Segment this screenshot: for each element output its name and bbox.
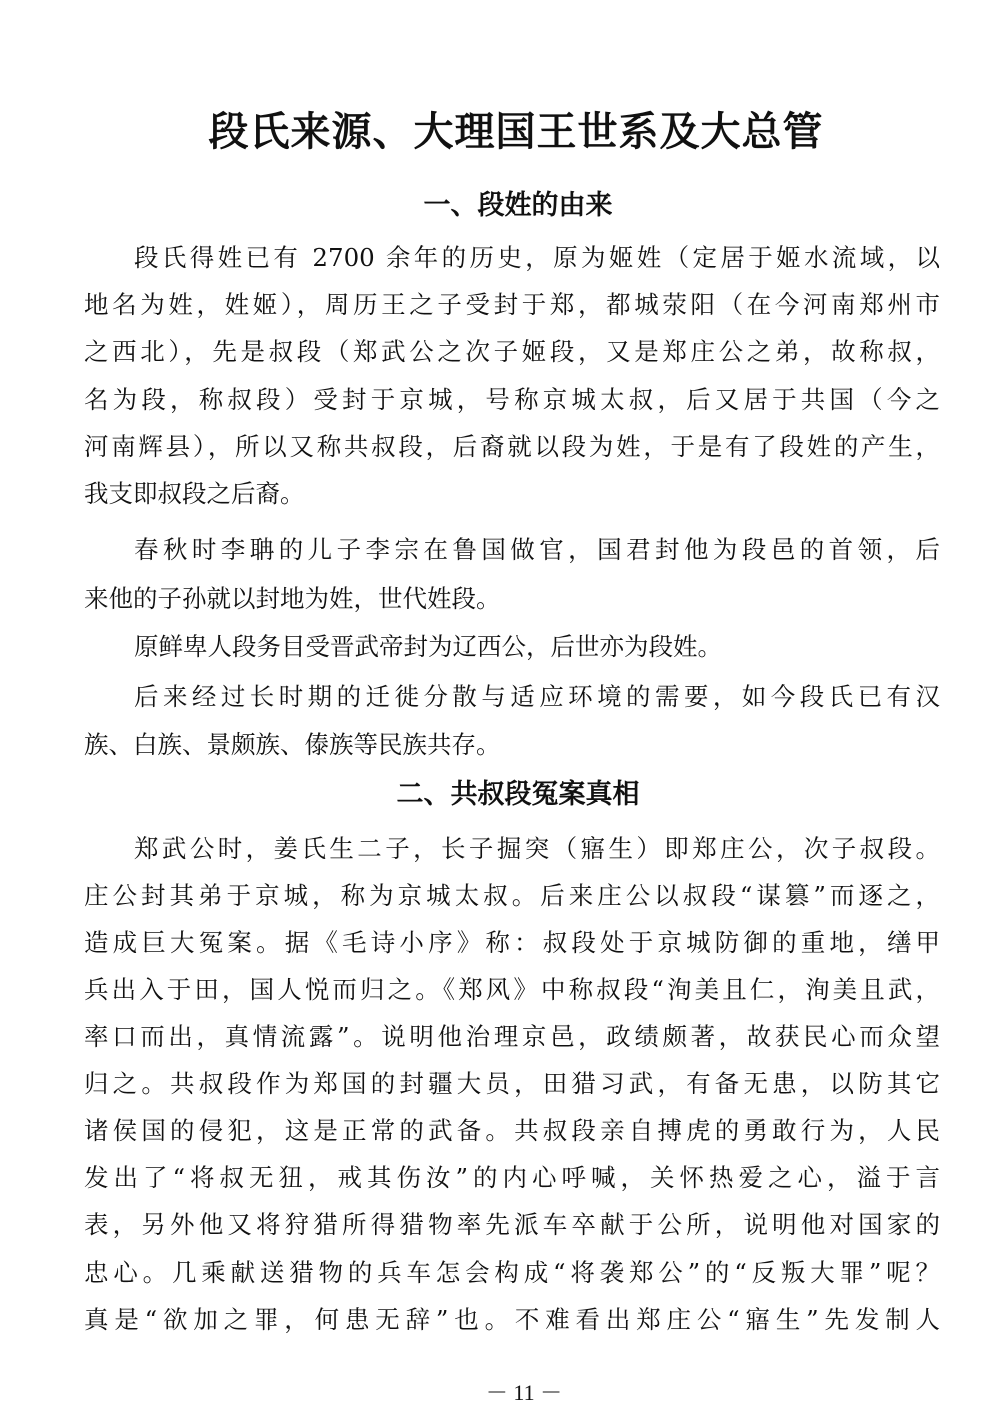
paragraph-line: 地名为姓，姓姬），周历王之子受封于郑，都城荥阳（在今河南郑州市 bbox=[84, 288, 940, 322]
document-title: 段氏来源、大理国王世系及大总管 bbox=[0, 104, 1000, 160]
section-heading-1: 一、段姓的由来 bbox=[0, 186, 1000, 226]
paragraph-line: 真是“欲加之罪，何患无辞”也。不难看出郑庄公“寤生”先发制人 bbox=[84, 1303, 940, 1337]
paragraph-line: 兵出入于田，国人悦而归之。《郑风》中称叔段“洵美且仁，洵美且武， bbox=[84, 973, 940, 1007]
paragraph-line: 忠心。几乘献送猎物的兵车怎会构成“将袭郑公”的“反叛大罪”呢？ bbox=[84, 1256, 940, 1290]
paragraph-line: 后来经过长时期的迁徙分散与适应环境的需要，如今段氏已有汉 bbox=[134, 680, 940, 714]
paragraph-line: 我支即叔段之后裔。 bbox=[84, 477, 940, 511]
paragraph-line: 庄公封其弟于京城，称为京城太叔。后来庄公以叔段“谋篡”而逐之， bbox=[84, 879, 940, 913]
page-number: － 11 － bbox=[0, 1378, 1000, 1408]
paragraph-line: 郑武公时，姜氏生二子，长子掘突（寤生）即郑庄公，次子叔段。 bbox=[134, 832, 940, 866]
paragraph-line: 原鲜卑人段务目受晋武帝封为辽西公，后世亦为段姓。 bbox=[134, 630, 940, 664]
paragraph-line: 之西北），先是叔段（郑武公之次子姬段，又是郑庄公之弟，故称叔， bbox=[84, 335, 940, 369]
document-page: 段氏来源、大理国王世系及大总管 一、段姓的由来 段氏得姓已有 2700 余年的历… bbox=[0, 0, 1000, 1426]
paragraph-line: 族、白族、景颇族、傣族等民族共存。 bbox=[84, 728, 940, 762]
paragraph-line: 春秋时李聃的儿子李宗在鲁国做官，国君封他为段邑的首领，后 bbox=[134, 533, 940, 567]
paragraph-line: 诸侯国的侵犯，这是正常的武备。共叔段亲自搏虎的勇敢行为，人民 bbox=[84, 1114, 940, 1148]
paragraph-line: 发出了“将叔无狃，戒其伤汝”的内心呼喊，关怀热爱之心，溢于言 bbox=[84, 1161, 940, 1195]
paragraph-line: 表，另外他又将狩猎所得猎物率先派车卒献于公所，说明他对国家的 bbox=[84, 1208, 940, 1242]
paragraph-line: 造成巨大冤案。据《毛诗小序》称：叔段处于京城防御的重地，缮甲 bbox=[84, 926, 940, 960]
paragraph-line: 河南辉县），所以又称共叔段，后裔就以段为姓，于是有了段姓的产生， bbox=[84, 430, 940, 464]
paragraph-line: 名为段，称叔段）受封于京城，号称京城太叔，后又居于共国（今之 bbox=[84, 383, 940, 417]
paragraph-line: 归之。共叔段作为郑国的封疆大员，田猎习武，有备无患，以防其它 bbox=[84, 1067, 940, 1101]
paragraph-line: 段氏得姓已有 2700 余年的历史，原为姬姓（定居于姬水流域，以 bbox=[134, 241, 940, 275]
section-heading-2: 二、共叔段冤案真相 bbox=[0, 775, 1000, 815]
paragraph-line: 率口而出，真情流露”。说明他治理京邑，政绩颇著，故获民心而众望 bbox=[84, 1020, 940, 1054]
paragraph-line: 来他的子孙就以封地为姓，世代姓段。 bbox=[84, 582, 940, 616]
